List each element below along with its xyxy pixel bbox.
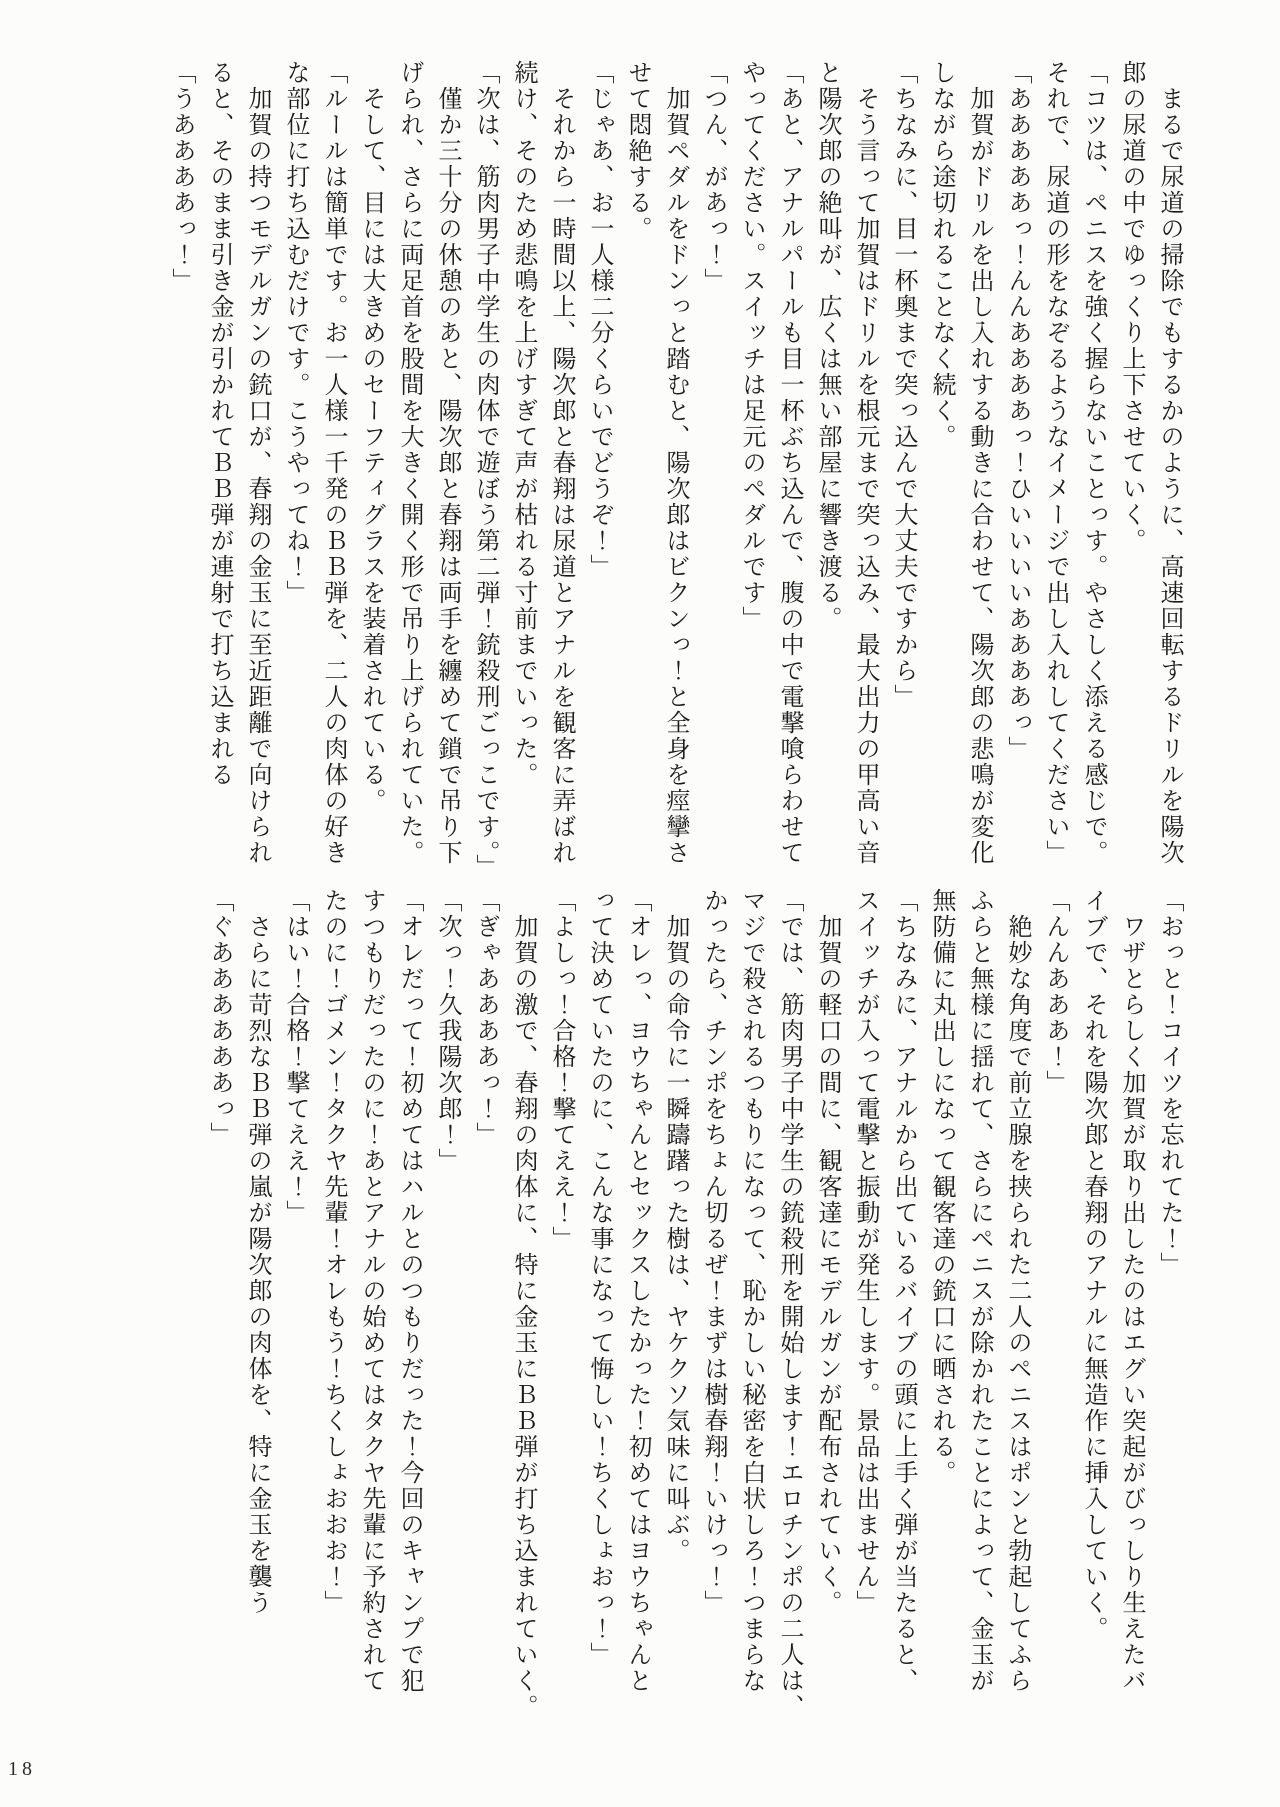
bottom-text-block: 「おっと！コイツを忘れてた！」 ワザとらしく加賀が取り出したのはエグい突起がびっ… [200,888,1188,1688]
text-line: 加賀がドリルを出し入れする動きに合わせて、陽次郎の悲鳴が変化 [960,60,998,920]
text-line: 「ちなみに、目一杯奥まで突っ込んで大丈夫ですから」 [884,60,922,920]
text-line: 絶妙な角度で前立腺を挟られた二人のペニスはポンと勃起してふら [998,888,1036,1688]
text-line: 加賀の軽口の間に、観客達にモデルガンが配布されていく。 [808,888,846,1688]
text-line: 「おっと！コイツを忘れてた！」 [1150,888,1188,1688]
text-line: と陽次郎の絶叫が、広くは無い部屋に響き渡る。 [808,60,846,920]
text-line: 「ぐああああああっ」 [200,888,238,1688]
text-line: せて悶絶する。 [618,60,656,920]
text-line: ると、そのまま引き金が引かれてＢＢ弾が連射で打ち込まれる [200,60,238,920]
text-line: それから一時間以上、陽次郎と春翔は尿道とアナルを観客に弄ばれ [542,60,580,920]
text-line: 加賀ペダルをドンっと踏むと、陽次郎はビクンっ！と全身を痙攣さ [656,60,694,920]
text-line: 「ぎゃああああっ！」 [466,888,504,1688]
text-line: 「うああああっ！」 [162,60,200,920]
text-line: ワザとらしく加賀が取り出したのはエグい突起がびっしり生えたバ [1112,888,1150,1688]
text-line: 「次っ！久我陽次郎！」 [428,888,466,1688]
text-line: 続け、そのため悲鳴を上げすぎて声が枯れる寸前までいった。 [504,60,542,920]
text-line: イブで、それを陽次郎と春翔のアナルに無造作に挿入していく。 [1074,888,1112,1688]
text-line: って決めていたのに、こんな事になって悔しい！ちくしょおっ！」 [580,888,618,1688]
text-line: マジで殺されるつもりになって、恥かしい秘密を白状しろ！つまらな [732,888,770,1688]
text-line: 無防備に丸出しになって観客達の銃口に晒される。 [922,888,960,1688]
text-line: 「よしっ！合格！撃てええ！」 [542,888,580,1688]
text-line: それで、尿道の形をなぞるようなイメージで出し入れしてください」 [1036,60,1074,920]
text-line: 「はい！合格！撃てええ！」 [276,888,314,1688]
text-line: 「オレだって！初めてはハルとのつもりだった！今回のキャンプで犯 [390,888,428,1688]
text-line: 加賀の持つモデルガンの銃口が、春翔の金玉に至近距離で向けられ [238,60,276,920]
text-line: 「あああああっ！んんああああっ！ひいいいいああああっ」 [998,60,1036,920]
text-line: さらに苛烈なＢＢ弾の嵐が陽次郎の肉体を、特に金玉を襲う [238,888,276,1688]
text-line: スイッチが入って電撃と振動が発生します。景品は出ません」 [846,888,884,1688]
text-line: 「次は、筋肉男子中学生の肉体で遊ぼう第二弾！銃殺刑ごっこです。」 [466,60,504,920]
text-line: たのに！ゴメン！タクヤ先輩！オレもう！ちくしょおおお！」 [314,888,352,1688]
text-line: 「じゃあ、お一人様二分くらいでどうぞ！」 [580,60,618,920]
text-line: まるで尿道の掃除でもするかのように、高速回転するドリルを陽次 [1150,60,1188,920]
text-line: 「あと、アナルパールも目一杯ぶち込んで、腹の中で電撃喰らわせて [770,60,808,920]
text-line: げられ、さらに両足首を股間を大きく開く形で吊り上げられていた。 [390,60,428,920]
page-number: 18 [8,1758,36,1781]
novel-page: まるで尿道の掃除でもするかのように、高速回転するドリルを陽次郎の尿道の中でゆっく… [0,0,1280,1807]
text-line: 僅か三十分の休憩のあと、陽次郎と春翔は両手を纏めて鎖で吊り下 [428,60,466,920]
text-line: しながら途切れることなく続く。 [922,60,960,920]
text-line: 「では、筋肉男子中学生の銃殺刑を開始します！エロチンポの二人は、 [770,888,808,1688]
text-line: 「オレっ、ヨウちゃんとセックスしたかった！初めてはヨウちゃんと [618,888,656,1688]
text-line: かったら、チンポをちょん切るぜ！まずは樹春翔！いけっ！」 [694,888,732,1688]
text-line: 加賀の激で、春翔の肉体に、特に金玉にＢＢ弾が打ち込まれていく。 [504,888,542,1688]
text-line: 「ルールは簡単です。お一人様一千発のＢＢ弾を、二人の肉体の好き [314,60,352,920]
text-line: やってください。スイッチは足元のペダルです」 [732,60,770,920]
text-line: 「んんあああ！」 [1036,888,1074,1688]
text-line: 加賀の命令に一瞬躊躇った樹は、ヤケクソ気味に叫ぶ。 [656,888,694,1688]
text-line: そして、目には大きめのセーフティグラスを装着されている。 [352,60,390,920]
text-line: 「コツは、ペニスを強く握らないことっす。やさしく添える感じで。 [1074,60,1112,920]
text-line: すつもりだったのに！あとアナルの始めてはタクヤ先輩に予約されて [352,888,390,1688]
text-line: 「ちなみに、アナルから出ているバイブの頭に上手く弾が当たると、 [884,888,922,1688]
text-line: 郎の尿道の中でゆっくり上下させていく。 [1112,60,1150,920]
text-line: そう言って加賀はドリルを根元まで突っ込み、最大出力の甲高い音 [846,60,884,920]
text-line: な部位に打ち込むだけです。こうやってね！」 [276,60,314,920]
text-line: 「つん、があっ！」 [694,60,732,920]
text-line: ふらと無様に揺れて、さらにペニスが除かれたことによって、金玉が [960,888,998,1688]
top-text-block: まるで尿道の掃除でもするかのように、高速回転するドリルを陽次郎の尿道の中でゆっく… [162,60,1188,920]
